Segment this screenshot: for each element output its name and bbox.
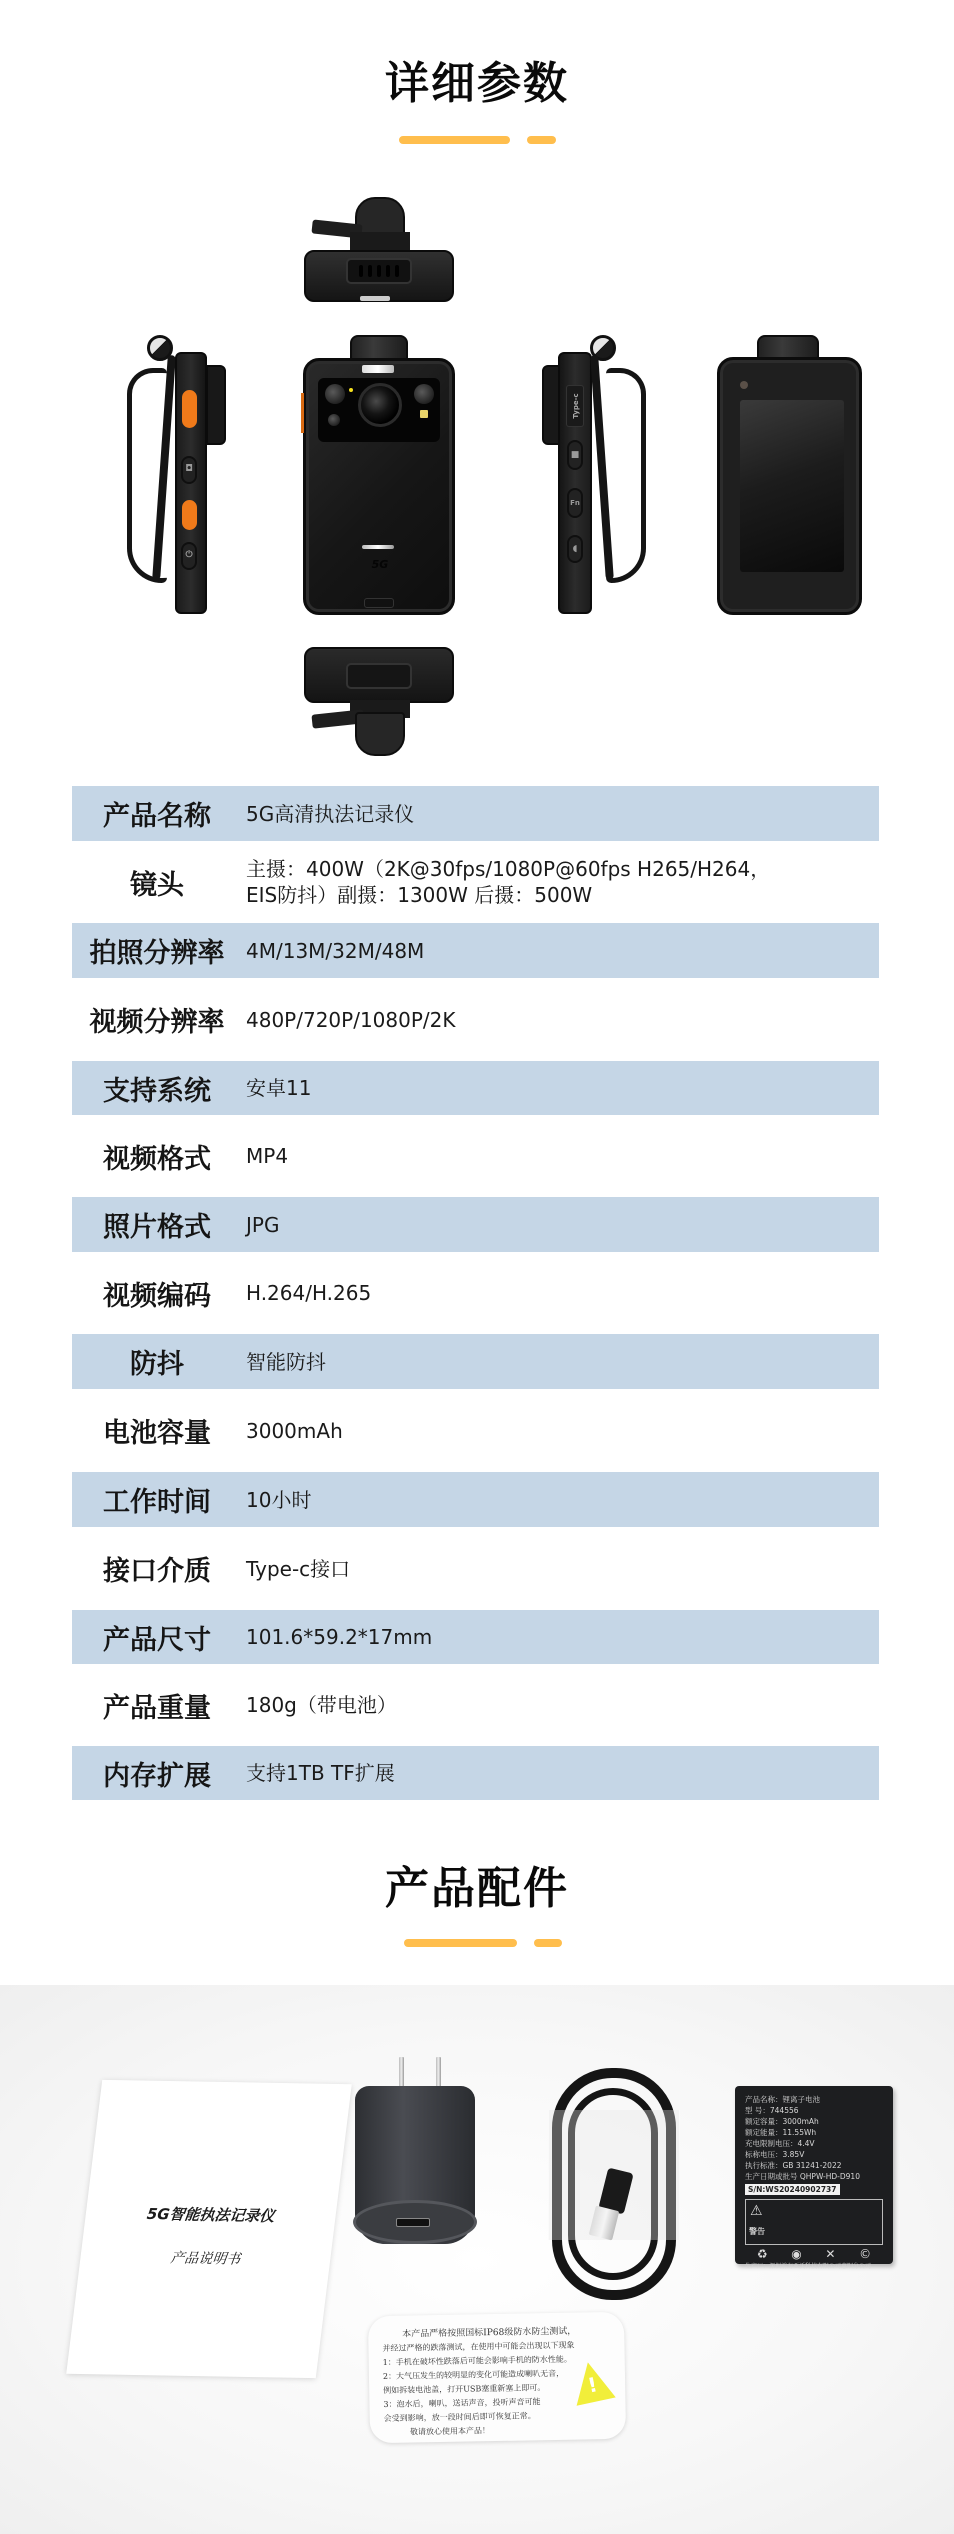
spec-row-product-name: 产品名称 5G高清执法记录仪 [72, 786, 879, 841]
ccc-icon: © [859, 2249, 871, 2260]
spec-value: 10小时 [246, 1472, 869, 1527]
power-icon: ⏻ [183, 550, 195, 560]
spec-row-interface: 接口介质 Type-c接口 [72, 1527, 879, 1610]
ir-light-left [325, 384, 345, 404]
title-underline-short [527, 136, 556, 144]
spec-label: 产品重量 [72, 1664, 242, 1746]
spec-label: 产品名称 [72, 786, 242, 841]
spec-row-storage: 内存扩展 支持1TB TF扩展 [72, 1746, 879, 1800]
spec-value: MP4 [246, 1115, 869, 1197]
spec-value: 智能防抖 [246, 1334, 869, 1389]
usb-port [396, 2218, 430, 2227]
no-trash-icon: ✕ [825, 2249, 835, 2260]
manual-subtitle: 产品说明书 [79, 2246, 331, 2270]
spec-value: H.264/H.265 [246, 1252, 869, 1334]
front-camera [740, 381, 748, 389]
bottom-port-cover [346, 663, 412, 689]
power-button[interactable]: ⏻ [181, 542, 197, 570]
video-icon: ■ [569, 450, 581, 460]
spec-label: 产品尺寸 [72, 1610, 242, 1664]
battery-label-line: 产品名称：锂离子电池 [745, 2094, 883, 2105]
flash-right [420, 410, 428, 418]
spec-label: 防抖 [72, 1334, 242, 1389]
cert-circle-icon: ◉ [791, 2249, 801, 2260]
battery-label-line: 标称电压：3.85V [745, 2149, 883, 2160]
battery: 产品名称：锂离子电池 型 号：744556 额定容量：3000mAh 额定能量：… [735, 2086, 893, 2264]
spec-row-video-codec: 视频编码 H.264/H.265 [72, 1252, 879, 1334]
spec-row-weight: 产品重量 180g（带电池） [72, 1664, 879, 1746]
title-underline-long [399, 136, 510, 144]
spec-row-photo-resolution: 拍照分辨率 4M/13M/32M/48M [72, 923, 879, 978]
top-view-light-bar [360, 296, 390, 301]
title-underline-short [534, 1939, 562, 1947]
indicator-led [349, 388, 353, 392]
spec-label: 镜头 [72, 841, 242, 923]
battery-label-line: 额定容量：3000mAh [745, 2116, 883, 2127]
spec-label: 电池容量 [72, 1389, 242, 1472]
section-title-accessories: 产品配件 [0, 1864, 954, 1914]
ir-light-right [414, 384, 434, 404]
spec-label: 接口介质 [72, 1527, 242, 1610]
battery-label-line: 额定能量：11.55Wh [745, 2127, 883, 2138]
speaker-grille [346, 258, 412, 284]
main-lens [358, 383, 402, 427]
spec-label: 视频分辨率 [72, 978, 242, 1061]
battery-serial-number: S/N:WS20240902737 [745, 2184, 840, 2195]
manual-title: 5G智能执法记录仪 [85, 2202, 337, 2227]
bottom-view-clip [355, 712, 405, 756]
spec-value: 主摄：400W（2K@30fps/1080P@60fps H265/H264， … [246, 841, 869, 923]
spec-label: 拍照分辨率 [72, 923, 242, 978]
spec-label: 工作时间 [72, 1472, 242, 1527]
spec-value: 4M/13M/32M/48M [246, 923, 869, 978]
spec-row-lens: 镜头 主摄：400W（2K@30fps/1080P@60fps H265/H26… [72, 841, 879, 923]
spec-value: JPG [246, 1197, 869, 1252]
spec-label: 视频编码 [72, 1252, 242, 1334]
spec-value: 3000mAh [246, 1389, 869, 1472]
battery-warning-label: 警告 [749, 2226, 765, 2237]
spec-value: Type-c接口 [246, 1527, 869, 1610]
spec-row-video-resolution: 视频分辨率 480P/720P/1080P/2K [72, 978, 879, 1061]
sos-button[interactable] [182, 500, 197, 530]
video-button[interactable]: ■ [567, 440, 583, 470]
battery-label-line: 充电限制电压：4.4V [745, 2138, 883, 2149]
fn-label: Fn [569, 499, 581, 507]
spec-value: 安卓11 [246, 1061, 869, 1115]
battery-label-line: 型 号：744556 [745, 2105, 883, 2116]
ptt-button[interactable] [182, 390, 197, 428]
spec-row-battery: 电池容量 3000mAh [72, 1389, 879, 1472]
microphone-icon: ◖ [569, 544, 581, 554]
battery-cert-icons: ♻ ◉ ✕ © [745, 2249, 883, 2260]
camera-icon: ◘ [183, 464, 195, 474]
spec-label: 照片格式 [72, 1197, 242, 1252]
spec-value: 支持1TB TF扩展 [246, 1746, 869, 1800]
spec-label: 视频格式 [72, 1115, 242, 1197]
battery-label-line: 执行标准：GB 31241-2022 [745, 2160, 883, 2171]
spec-value: 101.6*59.2*17mm [246, 1610, 869, 1664]
type-c-port-cover: Type-c [566, 385, 584, 427]
spec-value: 180g（带电池） [246, 1664, 869, 1746]
spec-value-line: EIS防抖）副摄：1300W 后摄：500W [246, 882, 592, 908]
spec-row-video-format: 视频格式 MP4 [72, 1115, 879, 1197]
spec-row-work-time: 工作时间 10小时 [72, 1472, 879, 1527]
spec-label: 内存扩展 [72, 1746, 242, 1800]
display-screen [740, 400, 844, 572]
spec-row-photo-format: 照片格式 JPG [72, 1197, 879, 1252]
battery-latch [364, 598, 394, 608]
recycle-icon: ♻ [757, 2249, 768, 2260]
front-5g-badge: 5G [365, 558, 395, 571]
warning-icon: ⚠ [750, 2206, 763, 2217]
camera-button[interactable]: ◘ [181, 456, 197, 484]
battery-maker: 生产厂：深圳前海亚沃科技有限公司惠阳分公司 [745, 2262, 883, 2271]
spec-label: 支持系统 [72, 1061, 242, 1115]
fn-button[interactable]: Fn [567, 488, 583, 518]
user-manual: 5G智能执法记录仪 产品说明书 [66, 2080, 352, 2378]
spec-value: 5G高清执法记录仪 [246, 786, 869, 841]
title-underline-long [404, 1939, 517, 1947]
spec-row-os: 支持系统 安卓11 [72, 1061, 879, 1115]
front-center-mark [362, 545, 394, 549]
spec-value: 480P/720P/1080P/2K [246, 978, 869, 1061]
spec-value-line: 主摄：400W（2K@30fps/1080P@60fps H265/H264， [246, 856, 770, 882]
battery-label-line: 生产日期或批号 QHPW-HD-D910 [745, 2171, 883, 2182]
right-belt-clip [606, 368, 646, 583]
type-c-label: Type-c [572, 385, 580, 427]
left-side-camera-bump [206, 365, 226, 445]
spec-row-dimensions: 产品尺寸 101.6*59.2*17mm [72, 1610, 879, 1664]
spec-row-stabilization: 防抖 智能防抖 [72, 1334, 879, 1389]
top-view-clip-stem [350, 232, 410, 252]
card-line: 敬请放心使用本产品！ [384, 2422, 612, 2440]
top-view-clip [355, 197, 405, 237]
battery-warning-box: ⚠ 警告 [745, 2199, 883, 2245]
front-side-orange-accent [301, 393, 304, 433]
flash-left [328, 414, 340, 426]
front-light-bar [362, 365, 394, 373]
audio-button[interactable]: ◖ [567, 535, 583, 563]
section-title-specs: 详细参数 [0, 59, 954, 109]
